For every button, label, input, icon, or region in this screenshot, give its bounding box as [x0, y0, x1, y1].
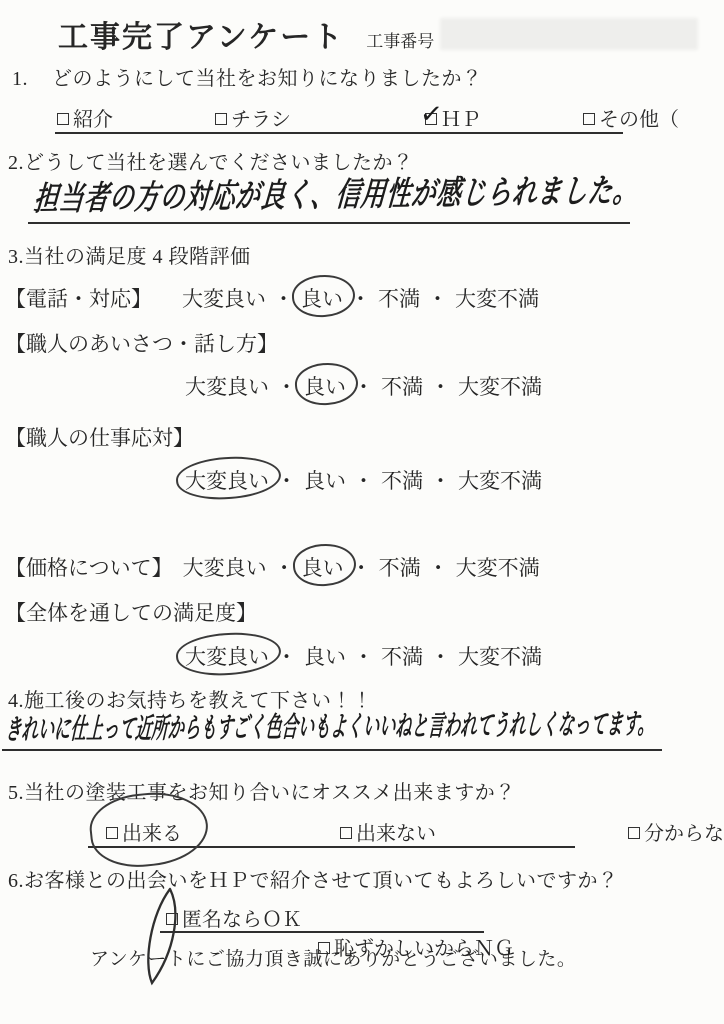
rating-row-overall-options: 大変良い・良い・不満・大変不満 — [185, 641, 542, 671]
rating-row-price: 【価格について】 大変良い・良い・不満・大変不満 — [5, 552, 540, 582]
rating-greeting-opt-3[interactable]: 大変不満 — [458, 371, 542, 401]
rating-separator: ・ — [276, 645, 297, 669]
q5-question: 5.当社の塗装工事をお知り合いにオススメ出来ますか？ — [8, 776, 516, 805]
rating-separator: ・ — [353, 375, 374, 399]
rating-row-workmanship-options: 大変良い・良い・不満・大変不満 — [185, 465, 542, 495]
rating-phone-opt-0[interactable]: 大変良い — [182, 283, 266, 313]
rating-option-label: 大変良い — [182, 287, 266, 311]
q1-options-row: 紹介 チラシ ＨＰ その他（ ） — [55, 98, 623, 134]
rating-separator: ・ — [430, 375, 451, 399]
rating-option-label: 大変良い — [185, 645, 269, 669]
rating-overall-opt-1[interactable]: 良い — [304, 641, 346, 671]
rating-separator: ・ — [430, 645, 451, 669]
q1-question: 1.どのようにして当社をお知りになりましたか？ — [12, 62, 483, 91]
checkbox-can[interactable] — [106, 827, 118, 839]
rating-option-label: 大変不満 — [458, 375, 542, 399]
q1-option-flyer-label: チラシ — [231, 109, 291, 131]
rating-label-overall: 【全体を通しての満足度】 — [5, 601, 257, 625]
rating-option-label: 不満 — [381, 645, 423, 669]
rating-separator: ・ — [350, 287, 371, 311]
q5-option-can-label: 出来る — [122, 823, 182, 845]
rating-workmanship-opt-2[interactable]: 不満 — [381, 465, 423, 495]
rating-option-label: 不満 — [381, 375, 423, 399]
rating-label-workmanship: 【職人の仕事応対】 — [5, 426, 194, 450]
q6-options-row: 匿名ならＯＫ 恥ずかしいからＮＧ — [160, 898, 484, 933]
rating-greeting-opt-2[interactable]: 不満 — [381, 371, 423, 401]
rating-row-greeting-label: 【職人のあいさつ・話し方】 — [5, 328, 278, 358]
rating-overall-opt-2[interactable]: 不満 — [381, 641, 423, 671]
rating-greeting-opt-0[interactable]: 大変良い — [185, 371, 269, 401]
rating-separator: ・ — [276, 469, 297, 493]
q5-option-cannot-label: 出来ない — [356, 823, 436, 845]
rating-separator: ・ — [427, 287, 448, 311]
pen-loop-mark — [138, 886, 184, 986]
q3-question: 3.当社の満足度 4 段階評価 — [8, 240, 251, 269]
rating-separator: ・ — [276, 375, 297, 399]
rating-separator: ・ — [274, 556, 295, 580]
rating-separator: ・ — [351, 556, 372, 580]
rating-option-label: 良い — [304, 645, 346, 669]
q1-text: どのようにして当社をお知りになりましたか？ — [52, 68, 483, 90]
rating-label-price: 【価格について】 — [5, 556, 173, 580]
q5-option-unknown[interactable]: 分からない — [628, 817, 724, 846]
q6-text: お客様との出会いをＨＰで紹介させて頂いてもよろしいですか？ — [24, 870, 619, 892]
q3-text: 当社の満足度 4 段階評価 — [24, 246, 251, 268]
rating-option-label: 不満 — [381, 469, 423, 493]
q5-option-unknown-label: 分からない — [644, 823, 724, 845]
q2-number: 2. — [8, 152, 24, 175]
rating-greeting-opt-1[interactable]: 良い — [304, 371, 346, 401]
q5-number: 5. — [8, 782, 24, 805]
rating-row-workmanship-label: 【職人の仕事応対】 — [5, 422, 194, 452]
q2-answer-line: 担当者の方の対応が良く、信用性が感じられました。 — [28, 170, 630, 224]
rating-option-label: 大変良い — [185, 469, 269, 493]
rating-workmanship-opt-1[interactable]: 良い — [304, 465, 346, 495]
construction-number-redacted — [440, 18, 698, 50]
q2-handwritten-answer: 担当者の方の対応が良く、信用性が感じられました。 — [32, 164, 641, 220]
rating-price-opt-2[interactable]: 不満 — [379, 552, 421, 582]
q1-option-referral[interactable]: 紹介 — [57, 103, 113, 132]
q1-option-flyer[interactable]: チラシ — [215, 103, 291, 132]
rating-label-greeting: 【職人のあいさつ・話し方】 — [5, 332, 278, 356]
checkbox-hp[interactable] — [425, 113, 437, 125]
page-title: 工事完了アンケート — [58, 12, 344, 56]
rating-option-label: 大変良い — [185, 375, 269, 399]
q6-question: 6.お客様との出会いをＨＰで紹介させて頂いてもよろしいですか？ — [8, 864, 619, 893]
rating-row-overall-label: 【全体を通しての満足度】 — [5, 597, 257, 627]
q1-option-hp-label: ＨＰ — [441, 109, 481, 131]
rating-option-label: 良い — [304, 375, 346, 399]
rating-price-opt-0[interactable]: 大変良い — [183, 552, 267, 582]
q6-option-anonymous-ok-label: 匿名ならＯＫ — [182, 909, 302, 931]
q6-option-anonymous-ok[interactable]: 匿名ならＯＫ — [166, 903, 302, 932]
rating-phone-opt-3[interactable]: 大変不満 — [455, 283, 539, 313]
header: 工事完了アンケート 工事番号 — [58, 12, 698, 56]
rating-price-opt-3[interactable]: 大変不満 — [456, 552, 540, 582]
rating-option-label: 不満 — [378, 287, 420, 311]
rating-separator: ・ — [430, 469, 451, 493]
rating-label-phone: 【電話・対応】 — [5, 287, 152, 311]
rating-separator: ・ — [273, 287, 294, 311]
rating-row-greeting-options: 大変良い・良い・不満・大変不満 — [185, 371, 542, 401]
q1-number: 1. — [12, 68, 28, 91]
checkbox-unknown[interactable] — [628, 827, 640, 839]
q4-answer-line: きれいに仕上って近所からもすごく色合いもよくいいねと言われてうれしくなってます。 — [2, 703, 662, 751]
rating-phone-opt-1[interactable]: 良い — [301, 283, 343, 313]
q5-options-row: 出来る 出来ない 分からない — [88, 812, 575, 848]
q5-option-can[interactable]: 出来る — [106, 817, 182, 846]
checkbox-other[interactable] — [583, 113, 595, 125]
rating-option-label: 大変不満 — [458, 469, 542, 493]
rating-option-label: 良い — [301, 287, 343, 311]
q1-option-hp[interactable]: ＨＰ — [425, 103, 481, 132]
q1-option-referral-label: 紹介 — [73, 109, 113, 131]
rating-option-label: 大変良い — [183, 556, 267, 580]
rating-separator: ・ — [428, 556, 449, 580]
q5-text: 当社の塗装工事をお知り合いにオススメ出来ますか？ — [24, 782, 516, 804]
thanks-footer: アンケートにご協力頂き誠にありがとうございました。 — [90, 944, 576, 971]
rating-workmanship-opt-3[interactable]: 大変不満 — [458, 465, 542, 495]
rating-option-label: 良い — [302, 556, 344, 580]
q4-handwritten-answer: きれいに仕上って近所からもすごく色合いもよくいいねと言われてうれしくなってます。 — [4, 702, 656, 748]
checkbox-cannot[interactable] — [340, 827, 352, 839]
rating-overall-opt-0[interactable]: 大変良い — [185, 641, 269, 671]
construction-number-label: 工事番号 — [366, 27, 434, 52]
rating-phone-opt-2[interactable]: 不満 — [378, 283, 420, 313]
rating-option-label: 不満 — [379, 556, 421, 580]
q1-option-other-label: その他（ — [599, 109, 679, 131]
q5-option-cannot[interactable]: 出来ない — [340, 817, 436, 846]
q1-option-other[interactable]: その他（ — [583, 103, 679, 132]
q3-number: 3. — [8, 246, 24, 269]
checkbox-referral[interactable] — [57, 113, 69, 125]
rating-separator: ・ — [353, 469, 374, 493]
rating-price-opt-1[interactable]: 良い — [302, 552, 344, 582]
survey-document: 工事完了アンケート 工事番号 1.どのようにして当社をお知りになりましたか？ 紹… — [0, 0, 724, 1024]
rating-workmanship-opt-0[interactable]: 大変良い — [185, 465, 269, 495]
rating-option-label: 大変不満 — [455, 287, 539, 311]
rating-option-label: 大変不満 — [458, 645, 542, 669]
rating-option-label: 良い — [304, 469, 346, 493]
rating-separator: ・ — [353, 645, 374, 669]
rating-overall-opt-3[interactable]: 大変不満 — [458, 641, 542, 671]
checkbox-flyer[interactable] — [215, 113, 227, 125]
q6-number: 6. — [8, 870, 24, 893]
rating-option-label: 大変不満 — [456, 556, 540, 580]
rating-row-phone: 【電話・対応】 大変良い・良い・不満・大変不満 — [5, 283, 539, 313]
